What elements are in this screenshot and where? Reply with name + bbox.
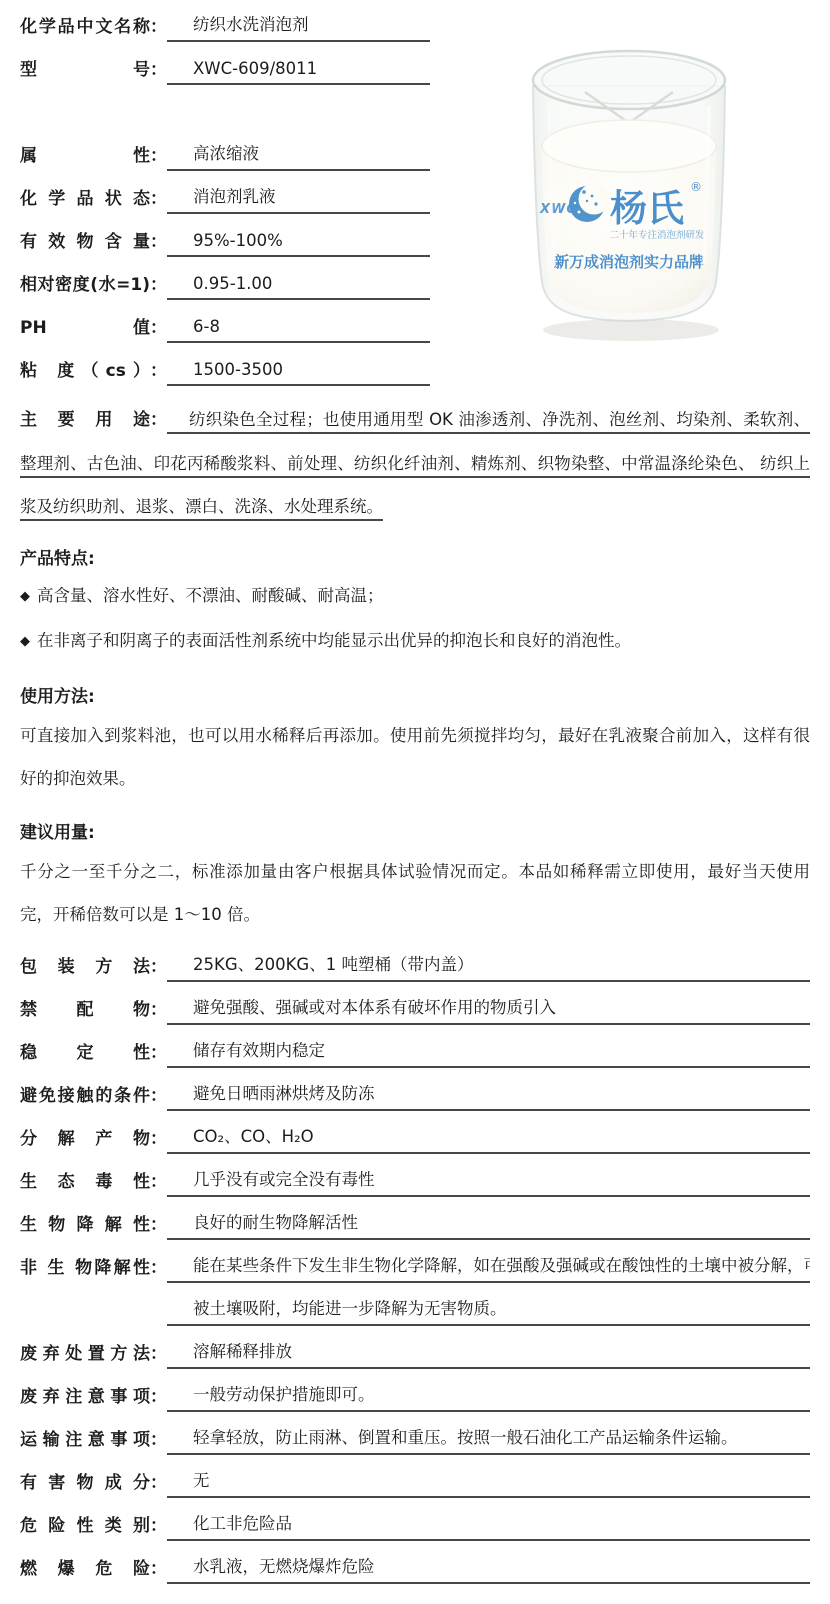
field-label: 危 险 性 类 别	[20, 1511, 150, 1536]
field-label: 避免接触的条件	[20, 1081, 150, 1106]
beaker-shadow	[543, 319, 719, 341]
field-colon: ：	[150, 1339, 167, 1364]
top-fields-section: 化学品中文名称： 纺织水洗消泡剂 型 号： XWC-609/8011 属 性： …	[20, 10, 430, 386]
field-viscosity: 粘 度（cs）： 1500-3500	[20, 354, 430, 386]
field-value: 25KG、200KG、1 吨塑桶（带内盖）	[167, 951, 810, 982]
field-incompatibles: 禁 配 物： 避免强酸、强碱或对本体系有破坏作用的物质引入	[20, 993, 810, 1025]
dosage-text: 千分之一至千分之二，标准添加量由客户根据具体试验情况而定。本品如稀释需立即使用，…	[20, 850, 810, 936]
field-label: 相对密度(水=1)	[20, 270, 150, 295]
field-colon: ：	[150, 55, 167, 80]
usage-method-heading: 使用方法:	[20, 684, 810, 710]
field-stability: 稳 定 性： 储存有效期内稳定	[20, 1036, 810, 1068]
field-label: 包 装 方 法	[20, 952, 150, 977]
product-features-list: ◆高含量、溶水性好、不漂油、耐酸碱、耐高温； ◆在非离子和阴离子的表面活性剂系统…	[20, 574, 810, 664]
diamond-bullet-icon: ◆	[20, 589, 30, 604]
field-eco-toxicity: 生 态 毒 性： 几乎没有或完全没有毒性	[20, 1165, 810, 1197]
field-label: 非 生 物降解性	[20, 1253, 150, 1278]
field-colon: ：	[150, 1167, 167, 1192]
field-active-content: 有 效 物 含 量： 95%-100%	[20, 225, 430, 257]
beaker-rim	[533, 51, 725, 109]
field-colon: ：	[150, 1511, 167, 1536]
field-chemical-name: 化学品中文名称： 纺织水洗消泡剂	[20, 10, 430, 42]
field-colon: ：	[150, 184, 167, 209]
field-colon: ：	[150, 1554, 167, 1579]
field-colon: ：	[150, 356, 167, 381]
field-value: 几乎没有或完全没有毒性	[167, 1166, 810, 1197]
field-disposal-notes: 废弃注意事项： 一般劳动保护措施即可。	[20, 1380, 810, 1412]
field-label: 运输注意事项	[20, 1425, 150, 1450]
feature-text: 在非离子和阴离子的表面活性剂系统中均能显示出优异的抑泡长和良好的消泡性。	[37, 631, 631, 650]
field-label: 有 害 物 成 分	[20, 1468, 150, 1493]
field-value: 0.95-1.00	[167, 274, 430, 300]
field-label: 燃 爆 危 险	[20, 1554, 150, 1579]
dosage-heading: 建议用量:	[20, 820, 810, 846]
field-value: 高浓缩液	[167, 140, 430, 171]
field-label: 属 性	[20, 141, 150, 166]
field-non-biodegradability: 非 生 物降解性： 能在某些条件下发生非生物化学降解，如在强酸及强碱或在酸蚀性的…	[20, 1251, 810, 1283]
field-label: 稳 定 性	[20, 1038, 150, 1063]
field-colon: ：	[150, 1124, 167, 1149]
field-colon: ：	[150, 1425, 167, 1450]
list-item: ◆在非离子和阴离子的表面活性剂系统中均能显示出优异的抑泡长和良好的消泡性。	[20, 619, 810, 664]
field-colon: ：	[150, 995, 167, 1020]
field-ph-value: PH 值： 6-8	[20, 311, 430, 343]
field-label: PH 值	[20, 313, 150, 338]
field-value: 避免强酸、强碱或对本体系有破坏作用的物质引入	[167, 994, 810, 1025]
field-colon: ：	[150, 1382, 167, 1407]
field-colon: ：	[150, 952, 167, 977]
field-value: 良好的耐生物降解活性	[167, 1209, 810, 1240]
list-item: ◆高含量、溶水性好、不漂油、耐酸碱、耐高温；	[20, 574, 810, 619]
product-features-heading: 产品特点:	[20, 546, 810, 572]
field-conditions-to-avoid: 避免接触的条件： 避免日晒雨淋烘烤及防冻	[20, 1079, 810, 1111]
field-colon: ：	[150, 399, 167, 442]
field-colon: ：	[150, 1210, 167, 1235]
field-value: 储存有效期内稳定	[167, 1037, 810, 1068]
field-disposal-method: 废弃处置方法： 溶解稀释排放	[20, 1337, 810, 1369]
field-value: 避免日晒雨淋烘烤及防冻	[167, 1080, 810, 1111]
liquid-surface	[542, 120, 716, 172]
field-value: 1500-3500	[167, 360, 430, 386]
field-label: 废弃处置方法	[20, 1339, 150, 1364]
brand-tagline-main: 新万成消泡剂实力品牌	[554, 253, 704, 271]
field-colon: ：	[150, 12, 167, 37]
brand-tagline-small: 二十年专注消泡剂研发	[609, 229, 705, 241]
field-label: 化 学 品 状 态	[20, 184, 150, 209]
field-colon: ：	[150, 227, 167, 252]
field-relative-density: 相对密度(水=1)： 0.95-1.00	[20, 268, 430, 300]
field-model-number: 型 号： XWC-609/8011	[20, 53, 430, 85]
product-photo-beaker: XWC 杨氏 ® 二十年专注消泡剂研发 新万成消泡剂实力品牌	[513, 46, 745, 358]
field-label: 主 要 用 途	[20, 399, 150, 442]
field-value: 能在某些条件下发生非生物化学降解，如在强酸及强碱或在酸蚀性的土壤中被分解，可	[167, 1252, 810, 1283]
field-property: 属 性： 高浓缩液	[20, 139, 430, 171]
field-label: 化学品中文名称	[20, 12, 150, 37]
field-label: 生 态 毒 性	[20, 1167, 150, 1192]
field-label: 有 效 物 含 量	[20, 227, 150, 252]
field-hazard-class: 危 险 性 类 别： 化工非危险品	[20, 1509, 810, 1541]
field-value: 化工非危险品	[167, 1510, 810, 1541]
field-label: 分 解 产 物	[20, 1124, 150, 1149]
brand-name-text: 杨氏	[610, 187, 685, 230]
bottom-fields-section: 包 装 方 法： 25KG、200KG、1 吨塑桶（带内盖） 禁 配 物： 避免…	[20, 950, 810, 1584]
field-label: 粘 度（cs）	[20, 356, 150, 381]
field-label: 型 号	[20, 55, 150, 80]
field-label: 生 物 降 解 性	[20, 1210, 150, 1235]
field-colon: ：	[150, 1253, 167, 1278]
field-value: 溶解稀释排放	[167, 1338, 810, 1369]
field-value: 消泡剂乳液	[167, 183, 430, 214]
field-value: 6-8	[167, 317, 430, 343]
field-value: 水乳液，无燃烧爆炸危险	[167, 1553, 810, 1584]
field-value: 轻拿轻放，防止雨淋、倒置和重压。按照一般石油化工产品运输条件运输。	[167, 1424, 810, 1455]
field-packing-method: 包 装 方 法： 25KG、200KG、1 吨塑桶（带内盖）	[20, 950, 810, 982]
field-colon: ：	[150, 1468, 167, 1493]
field-value: CO₂、CO、H₂O	[167, 1123, 810, 1154]
field-label: 废弃注意事项	[20, 1382, 150, 1407]
field-value: 被土壤吸附，均能进一步降解为无害物质。	[167, 1295, 810, 1326]
field-label: 禁 配 物	[20, 995, 150, 1020]
field-explosion-hazard: 燃 爆 危 险： 水乳液，无燃烧爆炸危险	[20, 1552, 810, 1584]
feature-text: 高含量、溶水性好、不漂油、耐酸碱、耐高温；	[37, 586, 384, 605]
field-colon: ：	[150, 270, 167, 295]
field-value: XWC-609/8011	[167, 59, 430, 85]
field-value: 95%-100%	[167, 231, 430, 257]
field-main-use: 主 要 用 途：纺织染色全过程；也使用通用型 OK 油渗透剂、净洗剂、泡丝剂、均…	[20, 398, 810, 528]
field-value: 一般劳动保护措施即可。	[167, 1381, 810, 1412]
field-colon: ：	[150, 1038, 167, 1063]
field-decomposition-products: 分 解 产 物： CO₂、CO、H₂O	[20, 1122, 810, 1154]
diamond-bullet-icon: ◆	[20, 634, 30, 649]
field-harmful-components: 有 害 物 成 分： 无	[20, 1466, 810, 1498]
field-colon: ：	[150, 313, 167, 338]
registered-mark: ®	[690, 180, 702, 194]
document-page: 化学品中文名称： 纺织水洗消泡剂 型 号： XWC-609/8011 属 性： …	[0, 0, 830, 1604]
field-non-biodegradability-cont: 被土壤吸附，均能进一步降解为无害物质。	[20, 1294, 810, 1326]
field-value: 纺织水洗消泡剂	[167, 11, 430, 42]
field-colon: ：	[150, 141, 167, 166]
field-chemical-state: 化 学 品 状 态： 消泡剂乳液	[20, 182, 430, 214]
field-transport-notes: 运输注意事项： 轻拿轻放，防止雨淋、倒置和重压。按照一般石油化工产品运输条件运输…	[20, 1423, 810, 1455]
field-value: 无	[167, 1467, 810, 1498]
field-colon: ：	[150, 1081, 167, 1106]
usage-method-text: 可直接加入到浆料池，也可以用水稀释后再添加。使用前先须搅拌均匀，最好在乳液聚合前…	[20, 714, 810, 800]
field-biodegradability: 生 物 降 解 性： 良好的耐生物降解活性	[20, 1208, 810, 1240]
